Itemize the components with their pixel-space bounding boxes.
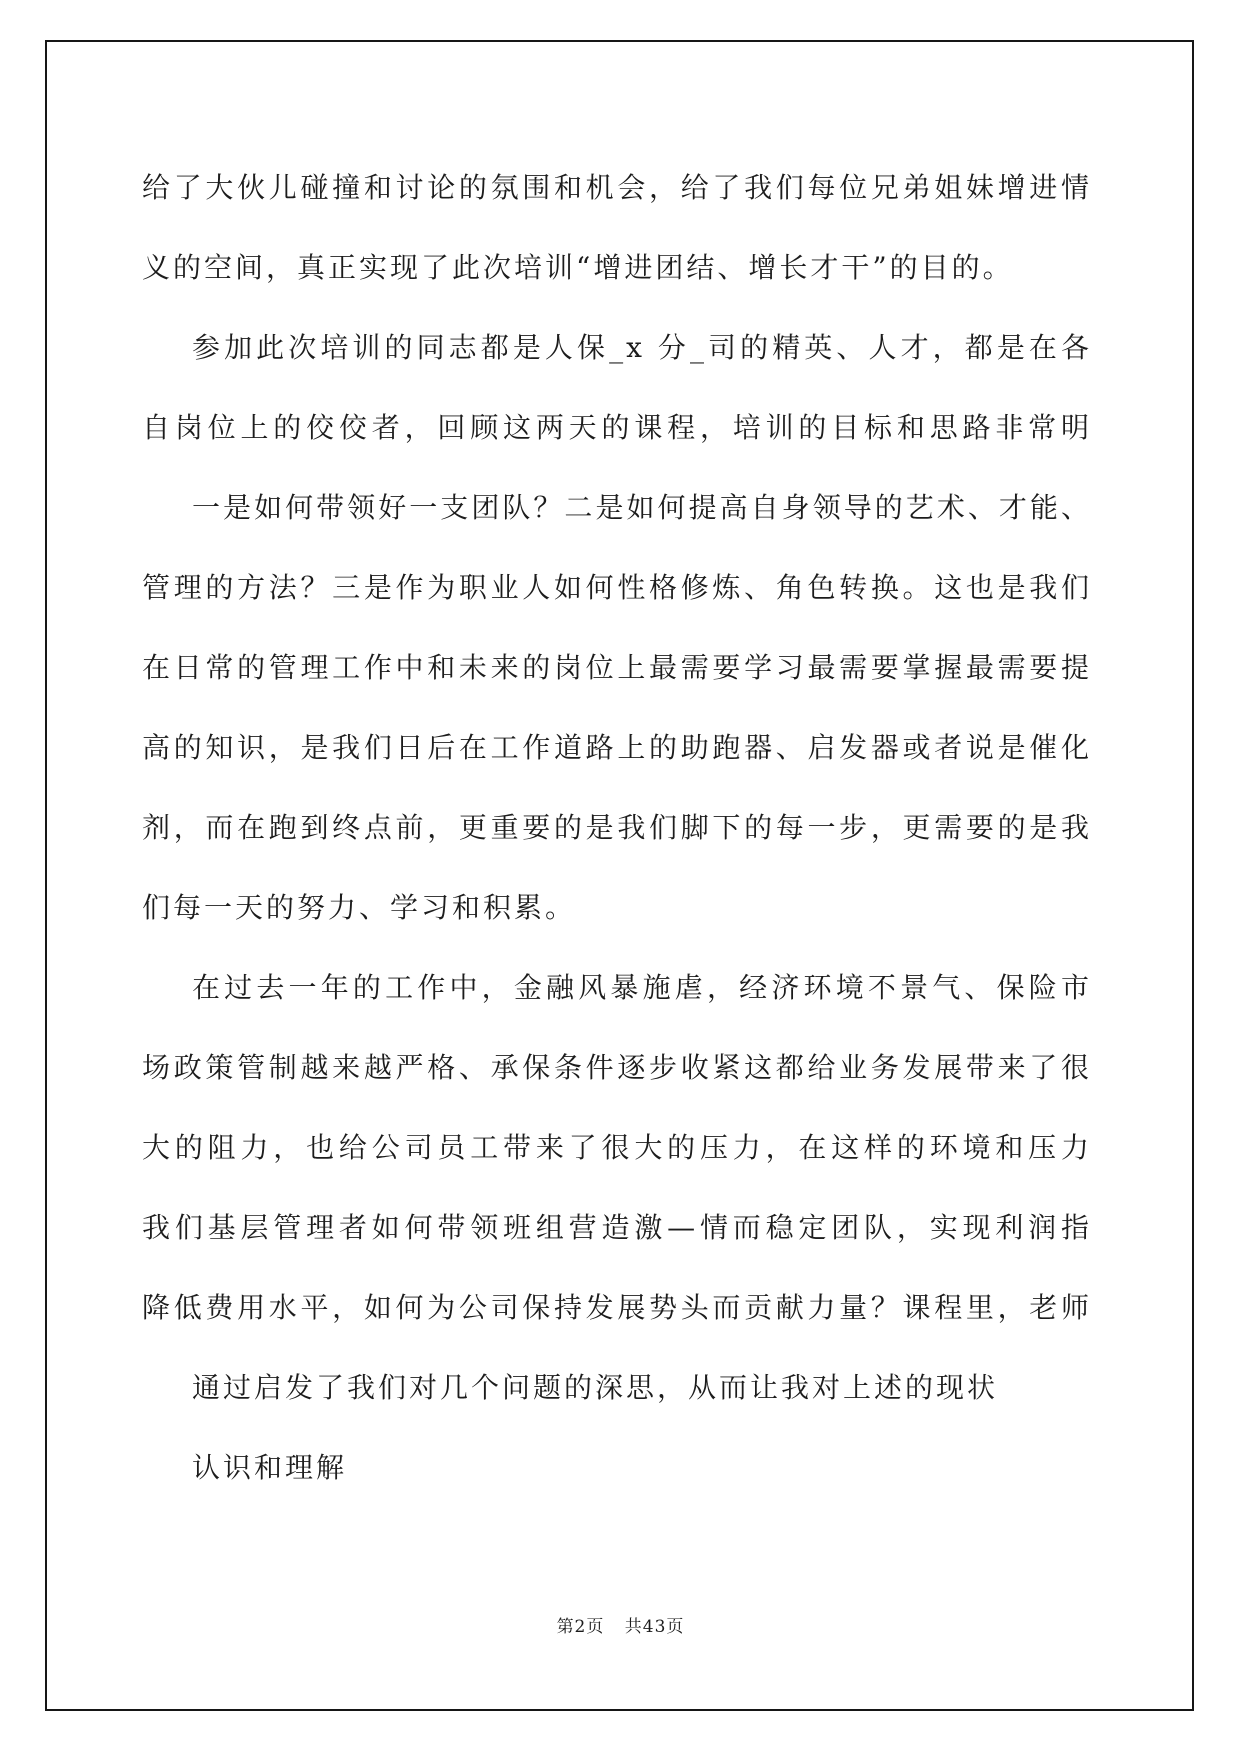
text-line: 们每一天的努力、学习和积累。 (142, 868, 1092, 948)
text-line: 一是如何带领好一支团队？二是如何提高自身领导的艺术、才能、 (142, 468, 1092, 548)
text-line: 在日常的管理工作中和未来的岗位上最需要学习最需要掌握最需要提 (142, 628, 1092, 708)
text-line: 大的阻力，也给公司员工带来了很大的压力，在这样的环境和压力下， (142, 1108, 1092, 1188)
page-footer: 第2页 共43页 (0, 1612, 1241, 1637)
text-line: 降低费用水平，如何为公司保持发展势头而贡献力量？课程里，老师 (142, 1268, 1092, 1348)
text-line: 管理的方法？三是作为职业人如何性格修炼、角色转换。这也是我们 (142, 548, 1092, 628)
page-number-label: 第2页 (557, 1612, 605, 1637)
document-body: 给了大伙儿碰撞和讨论的氛围和机会，给了我们每位兄弟姐妹增进情 义的空间，真正实现… (142, 148, 1092, 1508)
text-line: 认识和理解 (142, 1428, 1092, 1508)
document-page: 给了大伙儿碰撞和讨论的氛围和机会，给了我们每位兄弟姐妹增进情 义的空间，真正实现… (0, 0, 1241, 1754)
text-line: 给了大伙儿碰撞和讨论的氛围和机会，给了我们每位兄弟姐妹增进情 (142, 148, 1092, 228)
text-line: 义的空间，真正实现了此次培训“增进团结、增长才干”的目的。 (142, 228, 1092, 308)
text-line: 剂，而在跑到终点前，更重要的是我们脚下的每一步，更需要的是我 (142, 788, 1092, 868)
text-line: 我们基层管理者如何带领班组营造激—情而稳定团队，实现利润指标、 (142, 1188, 1092, 1268)
text-line: 自岗位上的佼佼者，回顾这两天的课程，培训的目标和思路非常明确： (142, 388, 1092, 468)
text-line: 在过去一年的工作中，金融风暴施虐，经济环境不景气、保险市 (142, 948, 1092, 1028)
text-line: 高的知识，是我们日后在工作道路上的助跑器、启发器或者说是催化 (142, 708, 1092, 788)
text-line: 通过启发了我们对几个问题的深思，从而让我对上述的现状 (142, 1348, 1092, 1428)
text-line: 参加此次培训的同志都是人保_x 分_司的精英、人才，都是在各 (142, 308, 1092, 388)
page-total-label: 共43页 (625, 1612, 685, 1637)
text-line: 场政策管制越来越严格、承保条件逐步收紧这都给业务发展带来了很 (142, 1028, 1092, 1108)
